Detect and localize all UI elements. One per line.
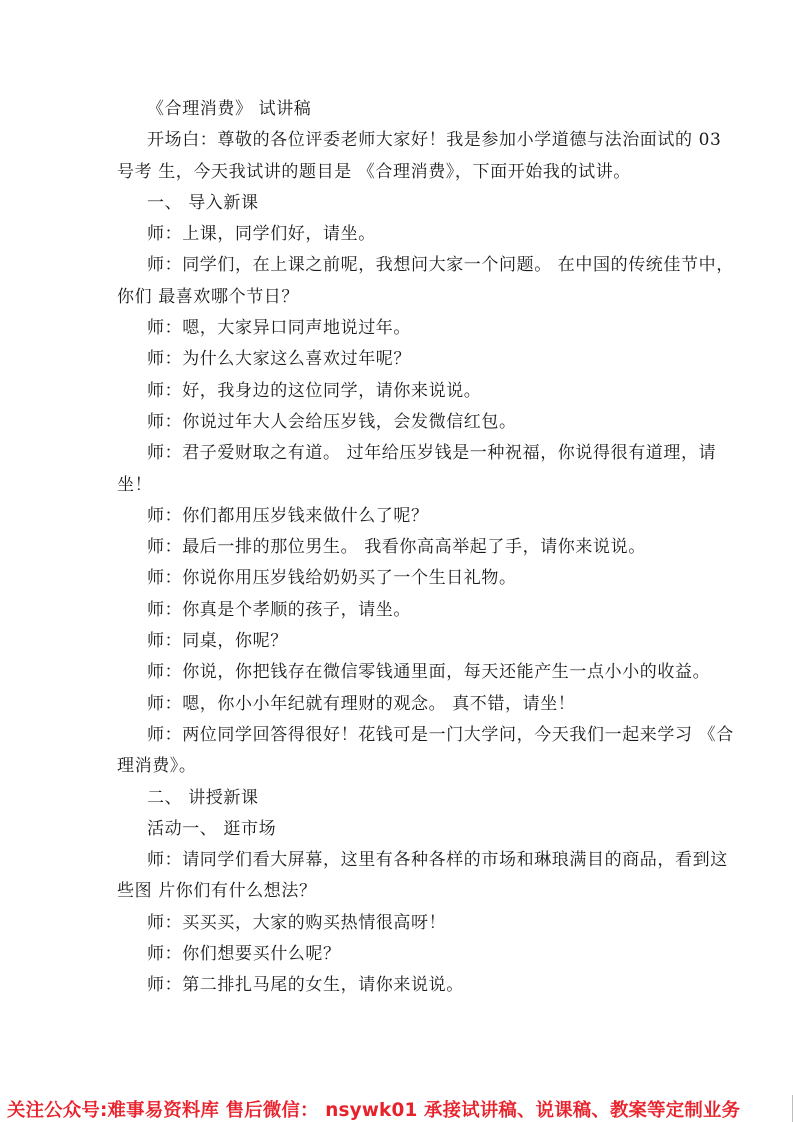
paragraph: 师：君子爱财取之有道。 过年给压岁钱是一种祝福，你说得很有道理，请: [117, 438, 677, 469]
paragraph: 师：你真是个孝顺的孩子，请坐。: [117, 595, 677, 626]
paragraph: 师：你说，你把钱存在微信零钱通里面，每天还能产生一点小小的收益。: [117, 657, 677, 688]
promo-footer-text: 关注公众号:难事易资料库 售后微信： nsywk01 承接试讲稿、说课稿、教案等…: [7, 1096, 740, 1122]
paragraph: 师：两位同学回答得很好！花钱可是一门大学问，今天我们一起来学习 《合: [117, 720, 677, 751]
paragraph-cont: 理消费》。: [117, 751, 677, 782]
activity-heading: 活动一、 逛市场: [117, 814, 677, 845]
paragraph: 师：上课，同学们好，请坐。: [117, 219, 677, 250]
paragraph: 师：第二排扎马尾的女生，请你来说说。: [117, 970, 677, 1001]
paragraph: 师：你们都用压岁钱来做什么了呢？: [117, 501, 677, 532]
paragraph: 师：为什么大家这么喜欢过年呢？: [117, 344, 677, 375]
paragraph: 师：最后一排的那位男生。 我看你高高举起了手，请你来说说。: [117, 532, 677, 563]
paragraph-opening-cont: 号考 生，今天我试讲的题目是 《合理消费》，下面开始我的试讲。: [117, 157, 677, 188]
paragraph: 师：嗯，你小小年纪就有理财的观念。 真不错，请坐！: [117, 689, 677, 720]
paragraph: 师：你说你用压岁钱给奶奶买了一个生日礼物。: [117, 563, 677, 594]
paragraph: 师：同学们，在上课之前呢，我想问大家一个问题。 在中国的传统佳节中，: [117, 250, 677, 281]
paragraph: 师：你说过年大人会给压岁钱，会发微信红包。: [117, 407, 677, 438]
document-body: 《合理消费》 试讲稿 开场白：尊敬的各位评委老师大家好！我是参加小学道德与法治面…: [117, 94, 677, 1002]
paragraph: 师：好，我身边的这位同学，请你来说说。: [117, 376, 677, 407]
paragraph-cont: 你们 最喜欢哪个节日？: [117, 282, 677, 313]
section-heading-intro: 一、 导入新课: [117, 188, 677, 219]
paragraph-cont: 坐！: [117, 470, 677, 501]
paragraph: 师：请同学们看大屏幕，这里有各种各样的市场和琳琅满目的商品，看到这: [117, 845, 677, 876]
paragraph: 师：你们想要买什么呢？: [117, 939, 677, 970]
section-heading-new-lesson: 二、 讲授新课: [117, 783, 677, 814]
promo-footer-banner: 关注公众号:难事易资料库 售后微信： nsywk01 承接试讲稿、说课稿、教案等…: [0, 1093, 793, 1122]
paragraph: 师：同桌，你呢？: [117, 626, 677, 657]
paragraph: 师：嗯，大家异口同声地说过年。: [117, 313, 677, 344]
paragraph: 师：买买买，大家的购买热情很高呀！: [117, 908, 677, 939]
document-page: 《合理消费》 试讲稿 开场白：尊敬的各位评委老师大家好！我是参加小学道德与法治面…: [0, 0, 793, 1122]
paragraph-cont: 些图 片你们有什么想法？: [117, 876, 677, 907]
paragraph-opening: 开场白：尊敬的各位评委老师大家好！我是参加小学道德与法治面试的 03: [117, 125, 677, 156]
document-title: 《合理消费》 试讲稿: [117, 94, 677, 125]
